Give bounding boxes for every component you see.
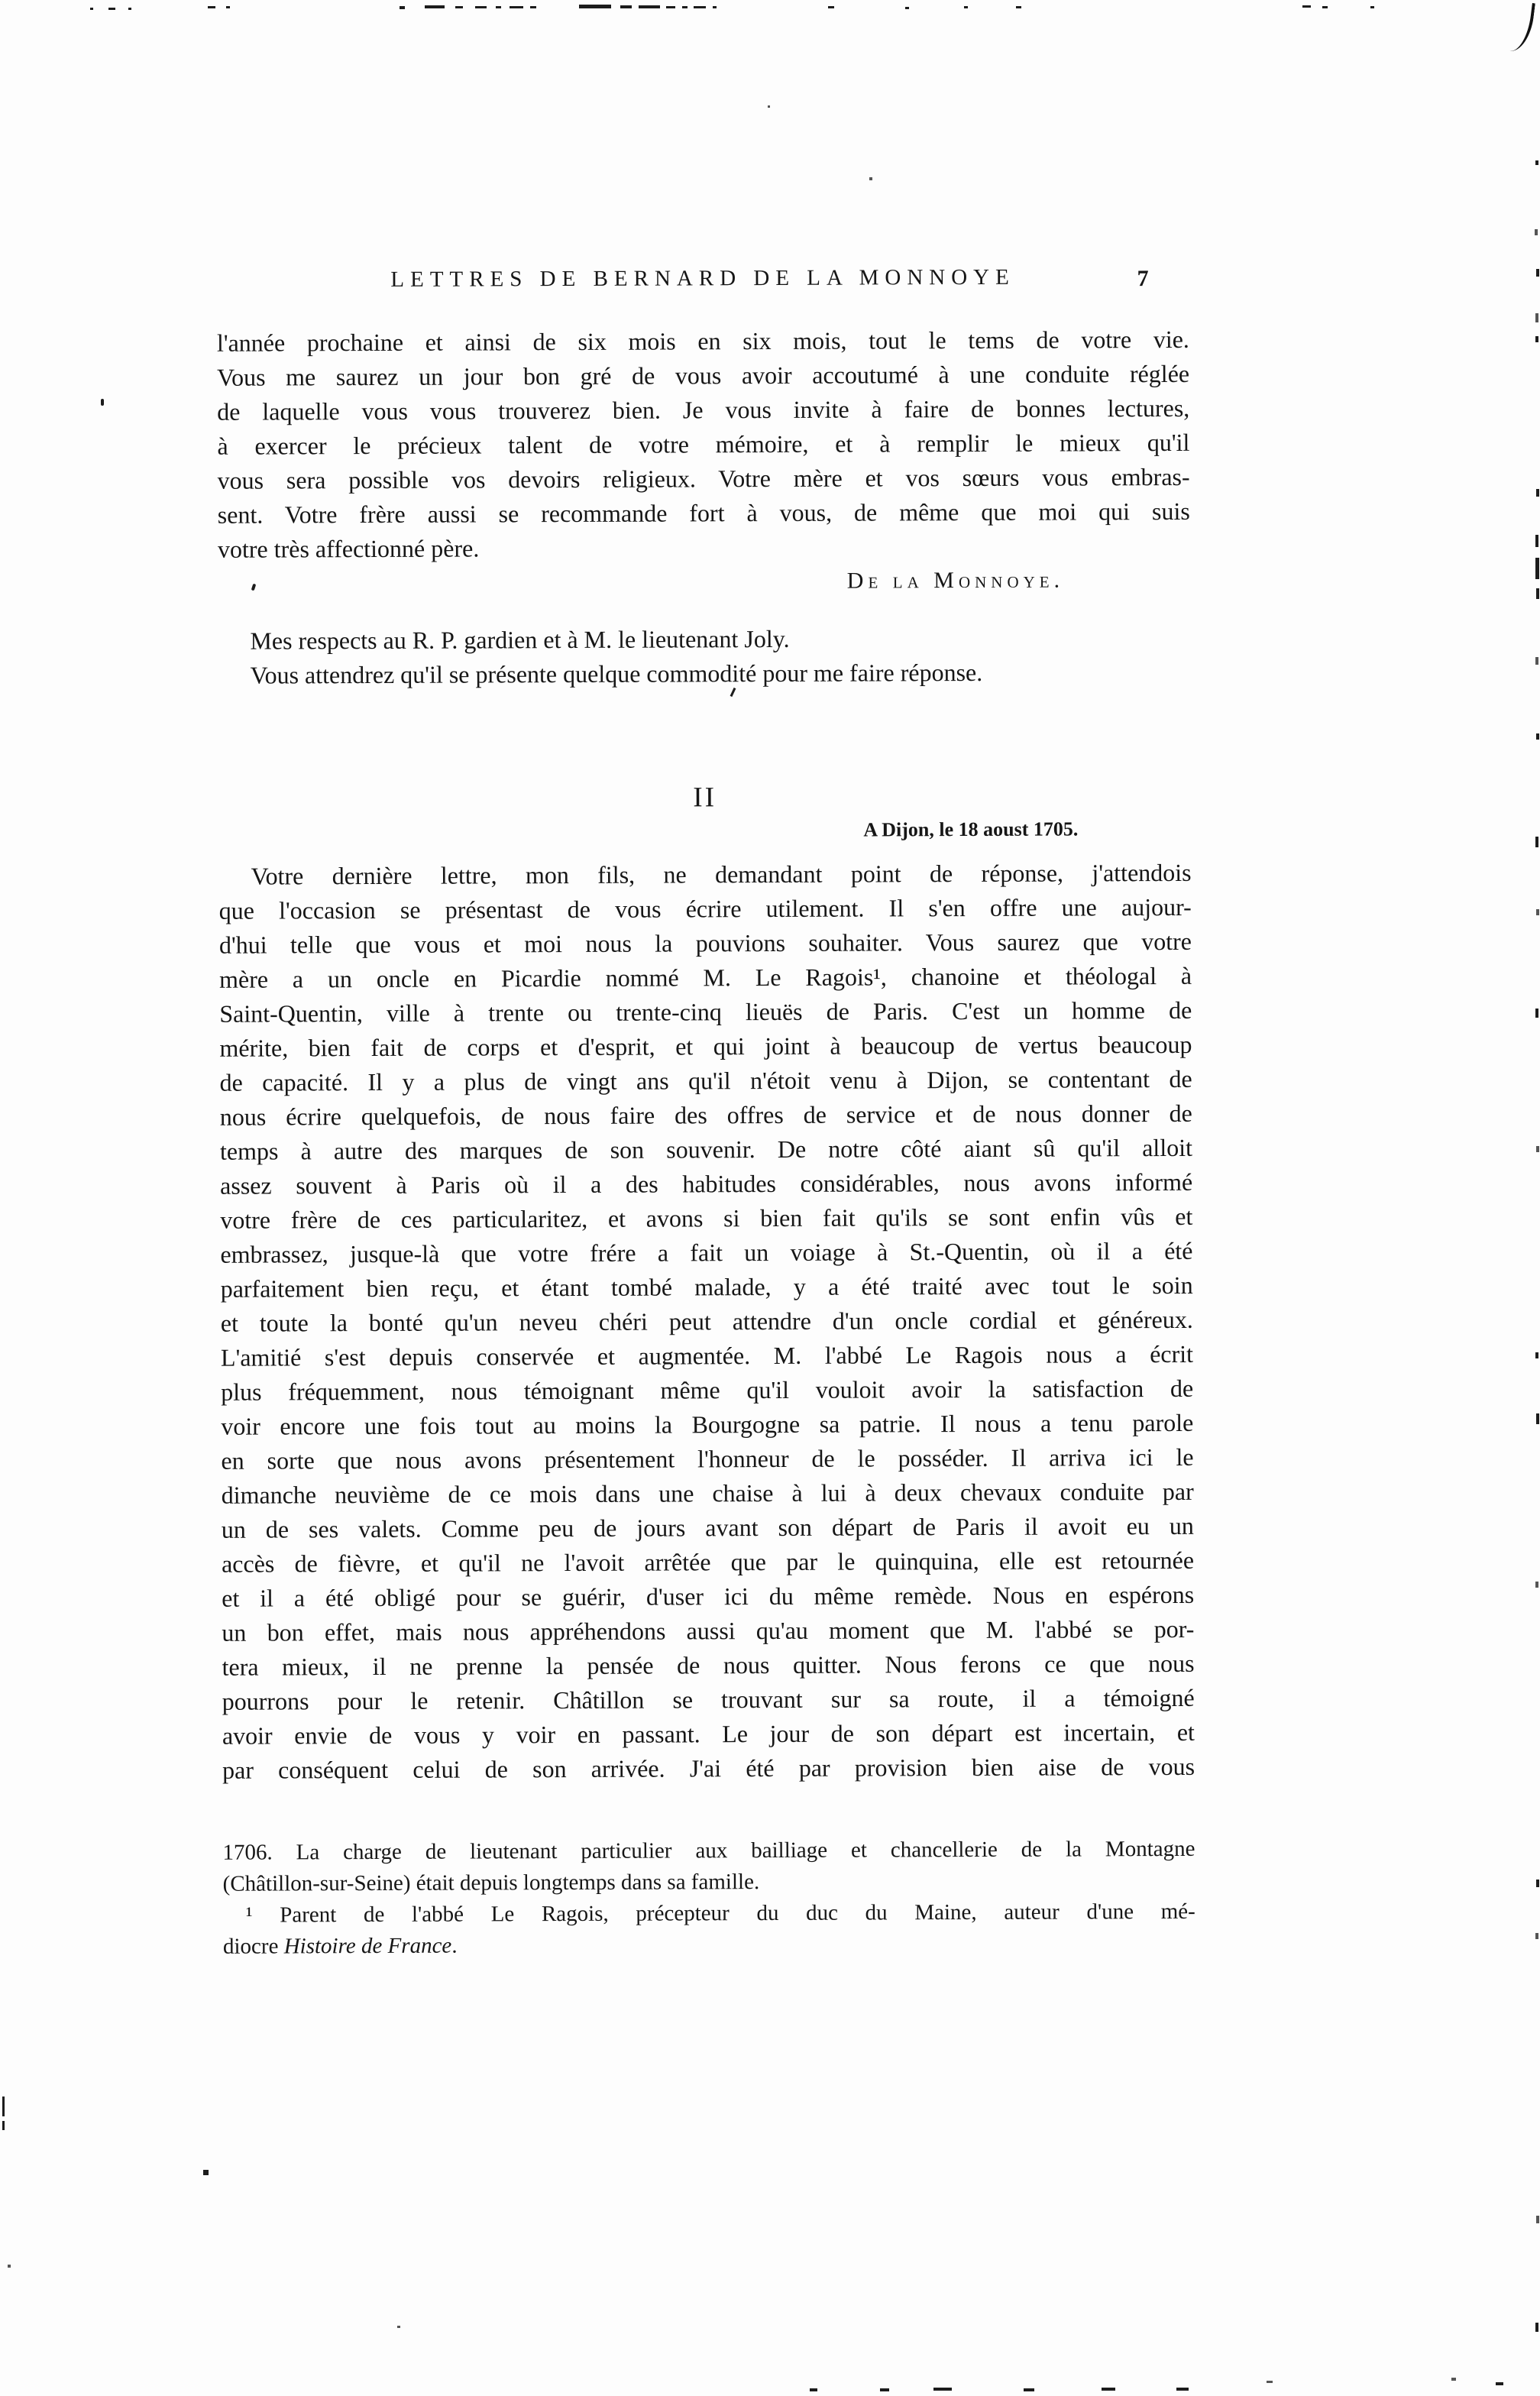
scan-artifact: [1535, 1352, 1538, 1358]
scan-artifact: [400, 6, 405, 9]
text-line: avoir envie de vous y voir en passant. L…: [222, 1715, 1195, 1753]
letter2-body: Votre dernière lettre, mon fils, ne dema…: [218, 856, 1195, 1788]
text-line: temps à autre des marques de son souveni…: [220, 1131, 1192, 1169]
letter1-body: l'année prochaine et ainsi de six mois e…: [217, 322, 1190, 567]
scan-artifact: [397, 2326, 400, 2328]
scan-artifact: [1535, 229, 1538, 235]
scan-artifact: [1536, 2216, 1539, 2223]
text-line: un bon effet, mais nous appréhendons aus…: [222, 1612, 1194, 1650]
page-number: 7: [1137, 266, 1149, 292]
scan-artifact: [475, 6, 487, 8]
scan-artifact: [1535, 1009, 1538, 1018]
text-line: voir encore une fois tout au moins la Bo…: [221, 1406, 1193, 1444]
text-line: votre frère de ces particularitez, et av…: [220, 1200, 1192, 1238]
scan-artifact: [579, 5, 611, 8]
running-header: LETTRES DE BERNARD DE LA MONNOYE: [217, 264, 1189, 293]
text-line: Saint-Quentin, ville à trente ou trente-…: [219, 993, 1192, 1031]
scan-artifact: [1496, 2382, 1503, 2385]
scan-artifact: [90, 8, 93, 10]
scan-artifact: [203, 2170, 209, 2175]
scan-artifact: [1322, 6, 1328, 8]
scan-artifact: [1535, 657, 1538, 665]
footnote-line: (Châtillon-sur-Seine) était depuis longt…: [223, 1865, 1195, 1900]
scan-artifact: [128, 8, 131, 10]
scan-artifact: [425, 5, 445, 8]
footnote-text: diocre: [223, 1934, 284, 1958]
scan-artifact: [1016, 6, 1021, 8]
scan-artifact: [530, 6, 536, 8]
footnote-line: ¹ Parent de l'abbé Le Ragois, précepteur…: [223, 1896, 1195, 1931]
scan-artifact: [2, 2121, 5, 2130]
text-line: de capacité. Il y a plus de vingt ans qu…: [220, 1062, 1192, 1100]
scan-artifact: [1535, 2323, 1538, 2332]
scan-artifact: [694, 6, 706, 8]
scan-artifact: [869, 177, 872, 180]
text-line: accès de fièvre, et qu'il ne l'avoit arr…: [222, 1543, 1194, 1582]
scan-artifact: [713, 6, 717, 8]
text-line: Mes respects au R. P. gardien et à M. le…: [218, 620, 1190, 659]
scan-artifact: [1535, 1582, 1538, 1588]
text-line: et il a été obligé pour se guérir, d'use…: [222, 1578, 1194, 1616]
scan-artifact: [1535, 313, 1538, 322]
letter1-signature: De la Monnoye.: [218, 567, 1190, 597]
text-line: plus fréquemment, nous témoignant même q…: [221, 1371, 1193, 1410]
footnote-line: diocre Histoire de France.: [223, 1928, 1195, 1963]
text-line: sent. Votre frère aussi se recommande fo…: [218, 494, 1190, 533]
text-line: en sorte que nous avons présentement l'h…: [221, 1440, 1193, 1478]
page-content: LETTRES DE BERNARD DE LA MONNOYE 7 l'ann…: [0, 0, 1540, 2396]
scan-artifact: [1536, 1880, 1539, 1887]
scan-artifact: [768, 105, 770, 108]
scan-artifact: [639, 5, 660, 8]
text-line: d'hui telle que vous et moi nous la pouv…: [219, 924, 1192, 963]
scan-artifact: [1535, 336, 1538, 342]
footnote-text: .: [451, 1934, 457, 1958]
scan-artifact: [905, 7, 909, 9]
scan-artifact: [1535, 160, 1538, 165]
text-line: tera mieux, il ne prenne la pensée de no…: [222, 1646, 1194, 1685]
scan-artifact: [455, 6, 463, 8]
scan-artifact: [964, 6, 968, 8]
scan-artifact: [1176, 2388, 1189, 2391]
scan-artifact: [1536, 909, 1539, 915]
footnotes: 1706. La charge de lieutenant particulie…: [222, 1834, 1195, 1963]
scan-artifact: [933, 2388, 952, 2391]
text-line: dimanche neuvième de ce mois dans une ch…: [222, 1475, 1194, 1513]
scan-artifact: [810, 2388, 817, 2391]
scan-artifact: [620, 5, 632, 8]
text-line: pourrons pour le retenir. Châtillon se t…: [222, 1681, 1195, 1719]
text-line: l'année prochaine et ainsi de six mois e…: [217, 322, 1189, 361]
scan-artifact: [682, 6, 687, 8]
scan-artifact: [1536, 269, 1539, 277]
text-line: embrassez, jusque-là que votre frére a f…: [220, 1234, 1192, 1272]
text-line: de laquelle vous vous trouverez bien. Je…: [217, 391, 1189, 429]
scan-artifact: [1536, 1146, 1539, 1152]
text-line: que l'occasion se présentast de vous écr…: [219, 890, 1192, 928]
scan-artifact: [208, 6, 215, 8]
scan-artifact: [510, 6, 523, 8]
scan-artifact: [101, 399, 104, 406]
scan-artifact: [666, 6, 675, 8]
text-line: assez souvent à Paris où il a des habitu…: [220, 1165, 1192, 1203]
scan-artifact: [1451, 2378, 1456, 2381]
letter2-section-number: II: [218, 779, 1191, 816]
scan-artifact: [1536, 733, 1539, 740]
scan-artifact: [1536, 489, 1539, 497]
text-line: par conséquent celui de son arrivée. J'a…: [222, 1750, 1195, 1788]
scan-artifact: [108, 8, 115, 10]
footnote-italic-title: Histoire de France: [284, 1934, 452, 1959]
scan-artifact: [1535, 837, 1538, 847]
header-title: LETTRES DE BERNARD DE LA MONNOYE: [390, 265, 1015, 292]
text-line: mère a un oncle en Picardie nommé M. Le …: [219, 959, 1192, 997]
scanned-book-page: LETTRES DE BERNARD DE LA MONNOYE 7 l'ann…: [0, 0, 1540, 2396]
scan-artifact: [226, 6, 230, 8]
text-line: mérite, bien fait de corps et d'esprit, …: [219, 1028, 1192, 1066]
text-line: nous écrire quelquefois, de nous faire d…: [220, 1096, 1192, 1135]
scan-artifact: [828, 6, 834, 8]
text-line: Vous attendrez qu'il se présente quelque…: [218, 655, 1190, 693]
text-line: L'amitié s'est depuis conservée et augme…: [221, 1337, 1193, 1375]
scan-artifact: [2, 2096, 5, 2116]
text-line: vous sera possible vos devoirs religieux…: [218, 460, 1190, 498]
scan-artifact: [1535, 535, 1538, 547]
scan-artifact: [8, 2265, 11, 2268]
scan-artifact: [1024, 2388, 1034, 2391]
scan-artifact: [1267, 2381, 1273, 2383]
text-line: un de ses valets. Comme peu de jours ava…: [222, 1509, 1194, 1547]
scan-artifact: [496, 6, 501, 8]
text-line: et toute la bonté qu'un neveu chéri peut…: [221, 1303, 1193, 1341]
footnote-line: 1706. La charge de lieutenant particulie…: [222, 1834, 1195, 1869]
scan-artifact: [880, 2388, 889, 2391]
text-line: Vous me saurez un jour bon gré de vous a…: [217, 357, 1189, 395]
letter2-dateline: A Dijon, le 18 aoust 1705.: [218, 818, 1191, 844]
scan-artifact: [1535, 558, 1539, 579]
letter1-postscript: Mes respects au R. P. gardien et à M. le…: [218, 620, 1190, 693]
scan-artifact: [1535, 1933, 1538, 1939]
text-line: à exercer le précieux talent de votre mé…: [217, 426, 1189, 464]
scan-artifact: [1102, 2388, 1115, 2391]
scan-artifact: [1536, 1413, 1539, 1424]
text-line: parfaitement bien reçu, et étant tombé m…: [221, 1268, 1193, 1306]
scan-artifact: [1302, 5, 1311, 8]
text-line: Votre dernière lettre, mon fils, ne dema…: [218, 856, 1191, 894]
scan-artifact: [1536, 588, 1539, 599]
scan-artifact: [1370, 6, 1374, 8]
text-line: votre très affectionné père.: [218, 529, 1190, 567]
